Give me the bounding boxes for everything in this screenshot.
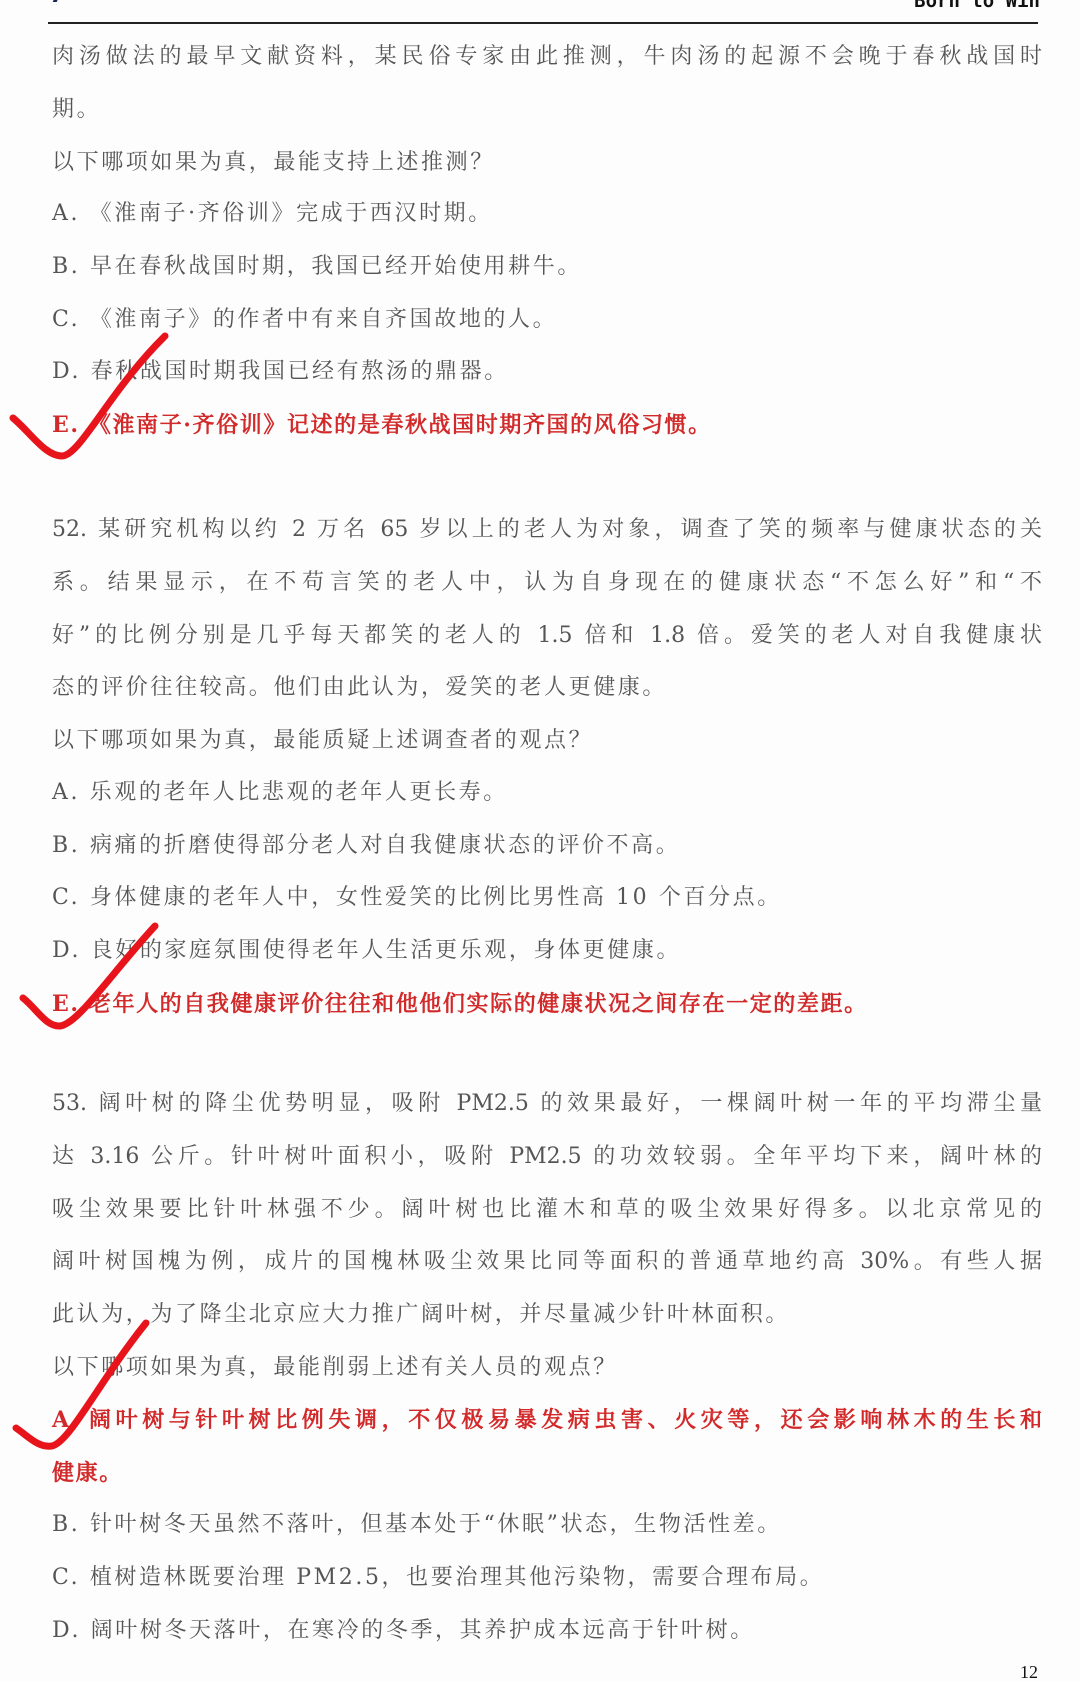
option-a-correct: A. 阔叶树与针叶树比例失调，不仅极易暴发病虫害、火灾等，还会影响林木的生长和 [52, 1405, 1042, 1435]
option-e-correct: E. 老年人的自我健康评价往往和他他们实际的健康状况之间存在一定的差距。 [52, 989, 868, 1019]
header-divider [48, 22, 1038, 24]
question-text-line: 52. 某研究机构以约 2 万名 65 岁以上的老人为对象，调查了笑的频率与健康… [52, 515, 1042, 545]
question-prompt: 以下哪项如果为真，最能削弱上述有关人员的观点？ [52, 1353, 618, 1383]
option-a: A. 乐观的老年人比悲观的老年人更长寿。 [52, 778, 508, 808]
logo-text: XIANXIAO EDUCATION [85, 0, 264, 4]
question-text-line: 肉汤做法的最早文献资料，某民俗专家由此推测，牛肉汤的起源不会晚于春秋战国时 [52, 42, 1042, 72]
question-text-line: 系。结果显示，在不苟言笑的老人中，认为自身现在的健康状态“不怎么好”和“不 [52, 568, 1042, 598]
option-b: B. 病痛的折磨使得部分老人对自我健康状态的评价不高。 [52, 831, 680, 861]
option-b: B. 早在春秋战国时期，我国已经开始使用耕牛。 [52, 252, 582, 282]
option-b: B. 针叶树冬天虽然不落叶，但基本处于“休眠”状态，生物活性差。 [52, 1510, 782, 1540]
logo-mark-icon [53, 0, 74, 2]
option-c: C. 植树造林既要治理 PM2.5，也要治理其他污染物，需要合理布局。 [52, 1563, 824, 1593]
question-prompt: 以下哪项如果为真，最能支持上述推测？ [52, 148, 495, 178]
option-c: C. 《淮南子》的作者中有来自齐国故地的人。 [52, 305, 557, 335]
option-d: D. 阔叶树冬天落叶，在寒冷的冬季，其养护成本远高于针叶树。 [52, 1616, 755, 1646]
question-text-line: 阔叶树国槐为例，成片的国槐林吸尘效果比同等面积的普通草地约高 30%。有些人据 [52, 1247, 1042, 1277]
option-a-correct-continued: 健康。 [52, 1458, 123, 1488]
option-d: D. 良好的家庭氛围使得老年人生活更乐观，身体更健康。 [52, 936, 681, 966]
question-text-line: 达 3.16 公斤。针叶树叶面积小，吸附 PM2.5 的功效较弱。全年平均下来，… [52, 1142, 1042, 1172]
question-prompt: 以下哪项如果为真，最能质疑上述调查者的观点？ [52, 726, 593, 756]
option-a: A. 《淮南子·齐俗训》完成于西汉时期。 [52, 199, 493, 229]
question-text-line: 好”的比例分别是几乎每天都笑的老人的 1.5 倍和 1.8 倍。爱笑的老人对自我… [52, 621, 1042, 651]
question-text-line: 态的评价往往较高。他们由此认为，爱笑的老人更健康。 [52, 673, 667, 703]
option-c: C. 身体健康的老年人中，女性爱笑的比例比男性高 10 个百分点。 [52, 883, 782, 913]
question-text-line: 53. 阔叶树的降尘优势明显，吸附 PM2.5 的效果最好，一棵阔叶树一年的平均… [52, 1089, 1042, 1119]
page-number: 12 [1020, 1662, 1038, 1682]
option-e-correct: E. 《淮南子·齐俗训》记述的是春秋战国时期齐国的风俗习惯。 [52, 410, 712, 440]
option-d: D. 春秋战国时期我国已经有熬汤的鼎器。 [52, 357, 509, 387]
question-text-line: 期。 [52, 95, 101, 125]
brand-logo: XIANXIAO EDUCATION [55, 0, 264, 4]
header-slogan: Born to Win [914, 0, 1040, 11]
question-text-line: 此认为，为了降尘北京应大力推广阔叶树，并尽量减少针叶林面积。 [52, 1300, 790, 1330]
question-text-line: 吸尘效果要比针叶林强不少。阔叶树也比灌木和草的吸尘效果好得多。以北京常见的 [52, 1195, 1042, 1225]
